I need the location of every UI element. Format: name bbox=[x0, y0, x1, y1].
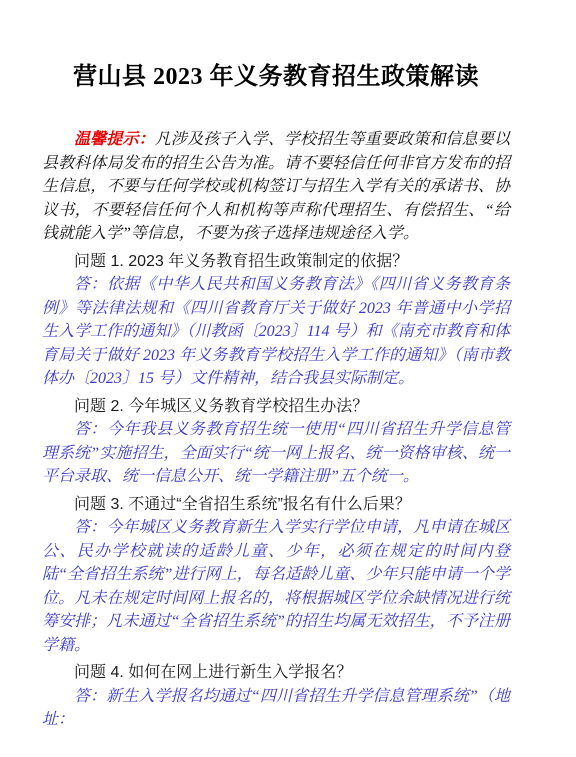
notice-label: 温馨提示： bbox=[74, 131, 155, 148]
answer-1: 答：依据《中华人民共和国义务教育法》《四川省义务教育条例》等法律法规和《四川省教… bbox=[42, 273, 510, 391]
question-1: 问题 1. 2023 年义务教育招生政策制定的依据？ bbox=[42, 250, 510, 274]
document-page: 营山县 2023 年义务教育招生政策解读 温馨提示：凡涉及孩子入学、学校招生等重… bbox=[0, 0, 576, 757]
answer-3: 答：今年城区义务教育新生入学实行学位申请，凡申请在城区公、民办学校就读的适龄儿童… bbox=[42, 516, 510, 657]
answer-4: 答：新生入学报名均通过“四川省招生升学信息管理系统”（地址： bbox=[42, 685, 510, 732]
document-content: 营山县 2023 年义务教育招生政策解读 温馨提示：凡涉及孩子入学、学校招生等重… bbox=[42, 62, 510, 732]
question-4: 问题 4. 如何在网上进行新生入学报名？ bbox=[42, 661, 510, 685]
answer-2: 答：今年我县义务教育招生统一使用“四川省招生升学信息管理系统”实施招生，全面实行… bbox=[42, 418, 510, 489]
notice-paragraph: 温馨提示：凡涉及孩子入学、学校招生等重要政策和信息要以县教科体局发布的招生公告为… bbox=[42, 128, 510, 246]
question-3: 问题 3. 不通过“全省招生系统”报名有什么后果？ bbox=[42, 493, 510, 517]
document-title: 营山县 2023 年义务教育招生政策解读 bbox=[42, 62, 510, 92]
question-2: 问题 2. 今年城区义务教育学校招生办法？ bbox=[42, 395, 510, 419]
